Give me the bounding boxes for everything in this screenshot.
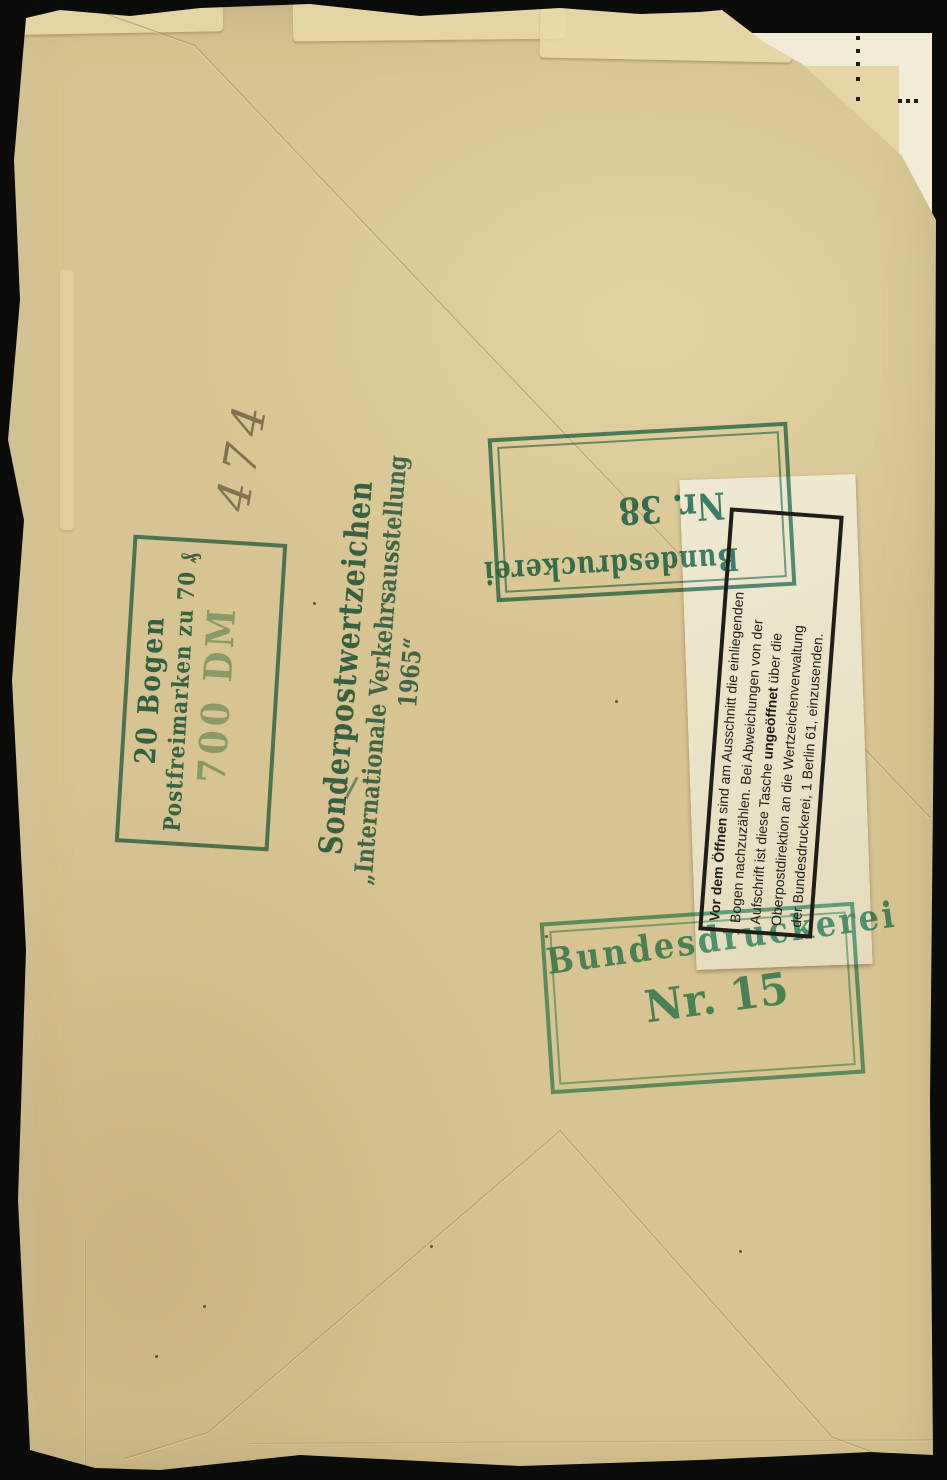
value-stamp-frame: 20 Bogen Postfreimarken zu 70 ₰ 700 DM [115,535,288,852]
scanned-envelope-photo: 474 20 Bogen Postfreimarken zu 70 ₰ 700 … [0,0,947,1480]
vertical-crease [84,1240,86,1475]
paper-speck [739,1250,742,1253]
paper-speck [313,602,316,605]
registration-dot [856,49,860,53]
value-stamp: 20 Bogen Postfreimarken zu 70 ₰ 700 DM [118,533,284,853]
registration-dot [914,99,918,103]
registration-dot [856,77,860,81]
paper-speck [615,700,618,703]
paper-speck [430,1245,433,1248]
registration-dot [856,97,860,101]
paper-speck [203,1305,206,1308]
series-stamp: Sonderpostwertzeichen „Internationale Ve… [322,436,458,906]
registration-dot [856,36,860,40]
pencil-number: 474 [205,393,278,515]
series-stamp-text: Sonderpostwertzeichen „Internationale Ve… [312,434,468,908]
pencil-annotation: 474 [182,388,302,520]
paper-speck [155,1355,158,1358]
bundesdruckerei-15-stamp: Bundesdruckerei Nr. 15 [540,902,866,1094]
registration-dot [906,99,910,103]
envelope-back: 474 20 Bogen Postfreimarken zu 70 ₰ 700 … [0,0,947,1480]
registration-dot [898,99,902,103]
left-edge-fold [60,270,74,530]
top-edge-fold [293,1,565,42]
registration-dot [856,62,860,66]
